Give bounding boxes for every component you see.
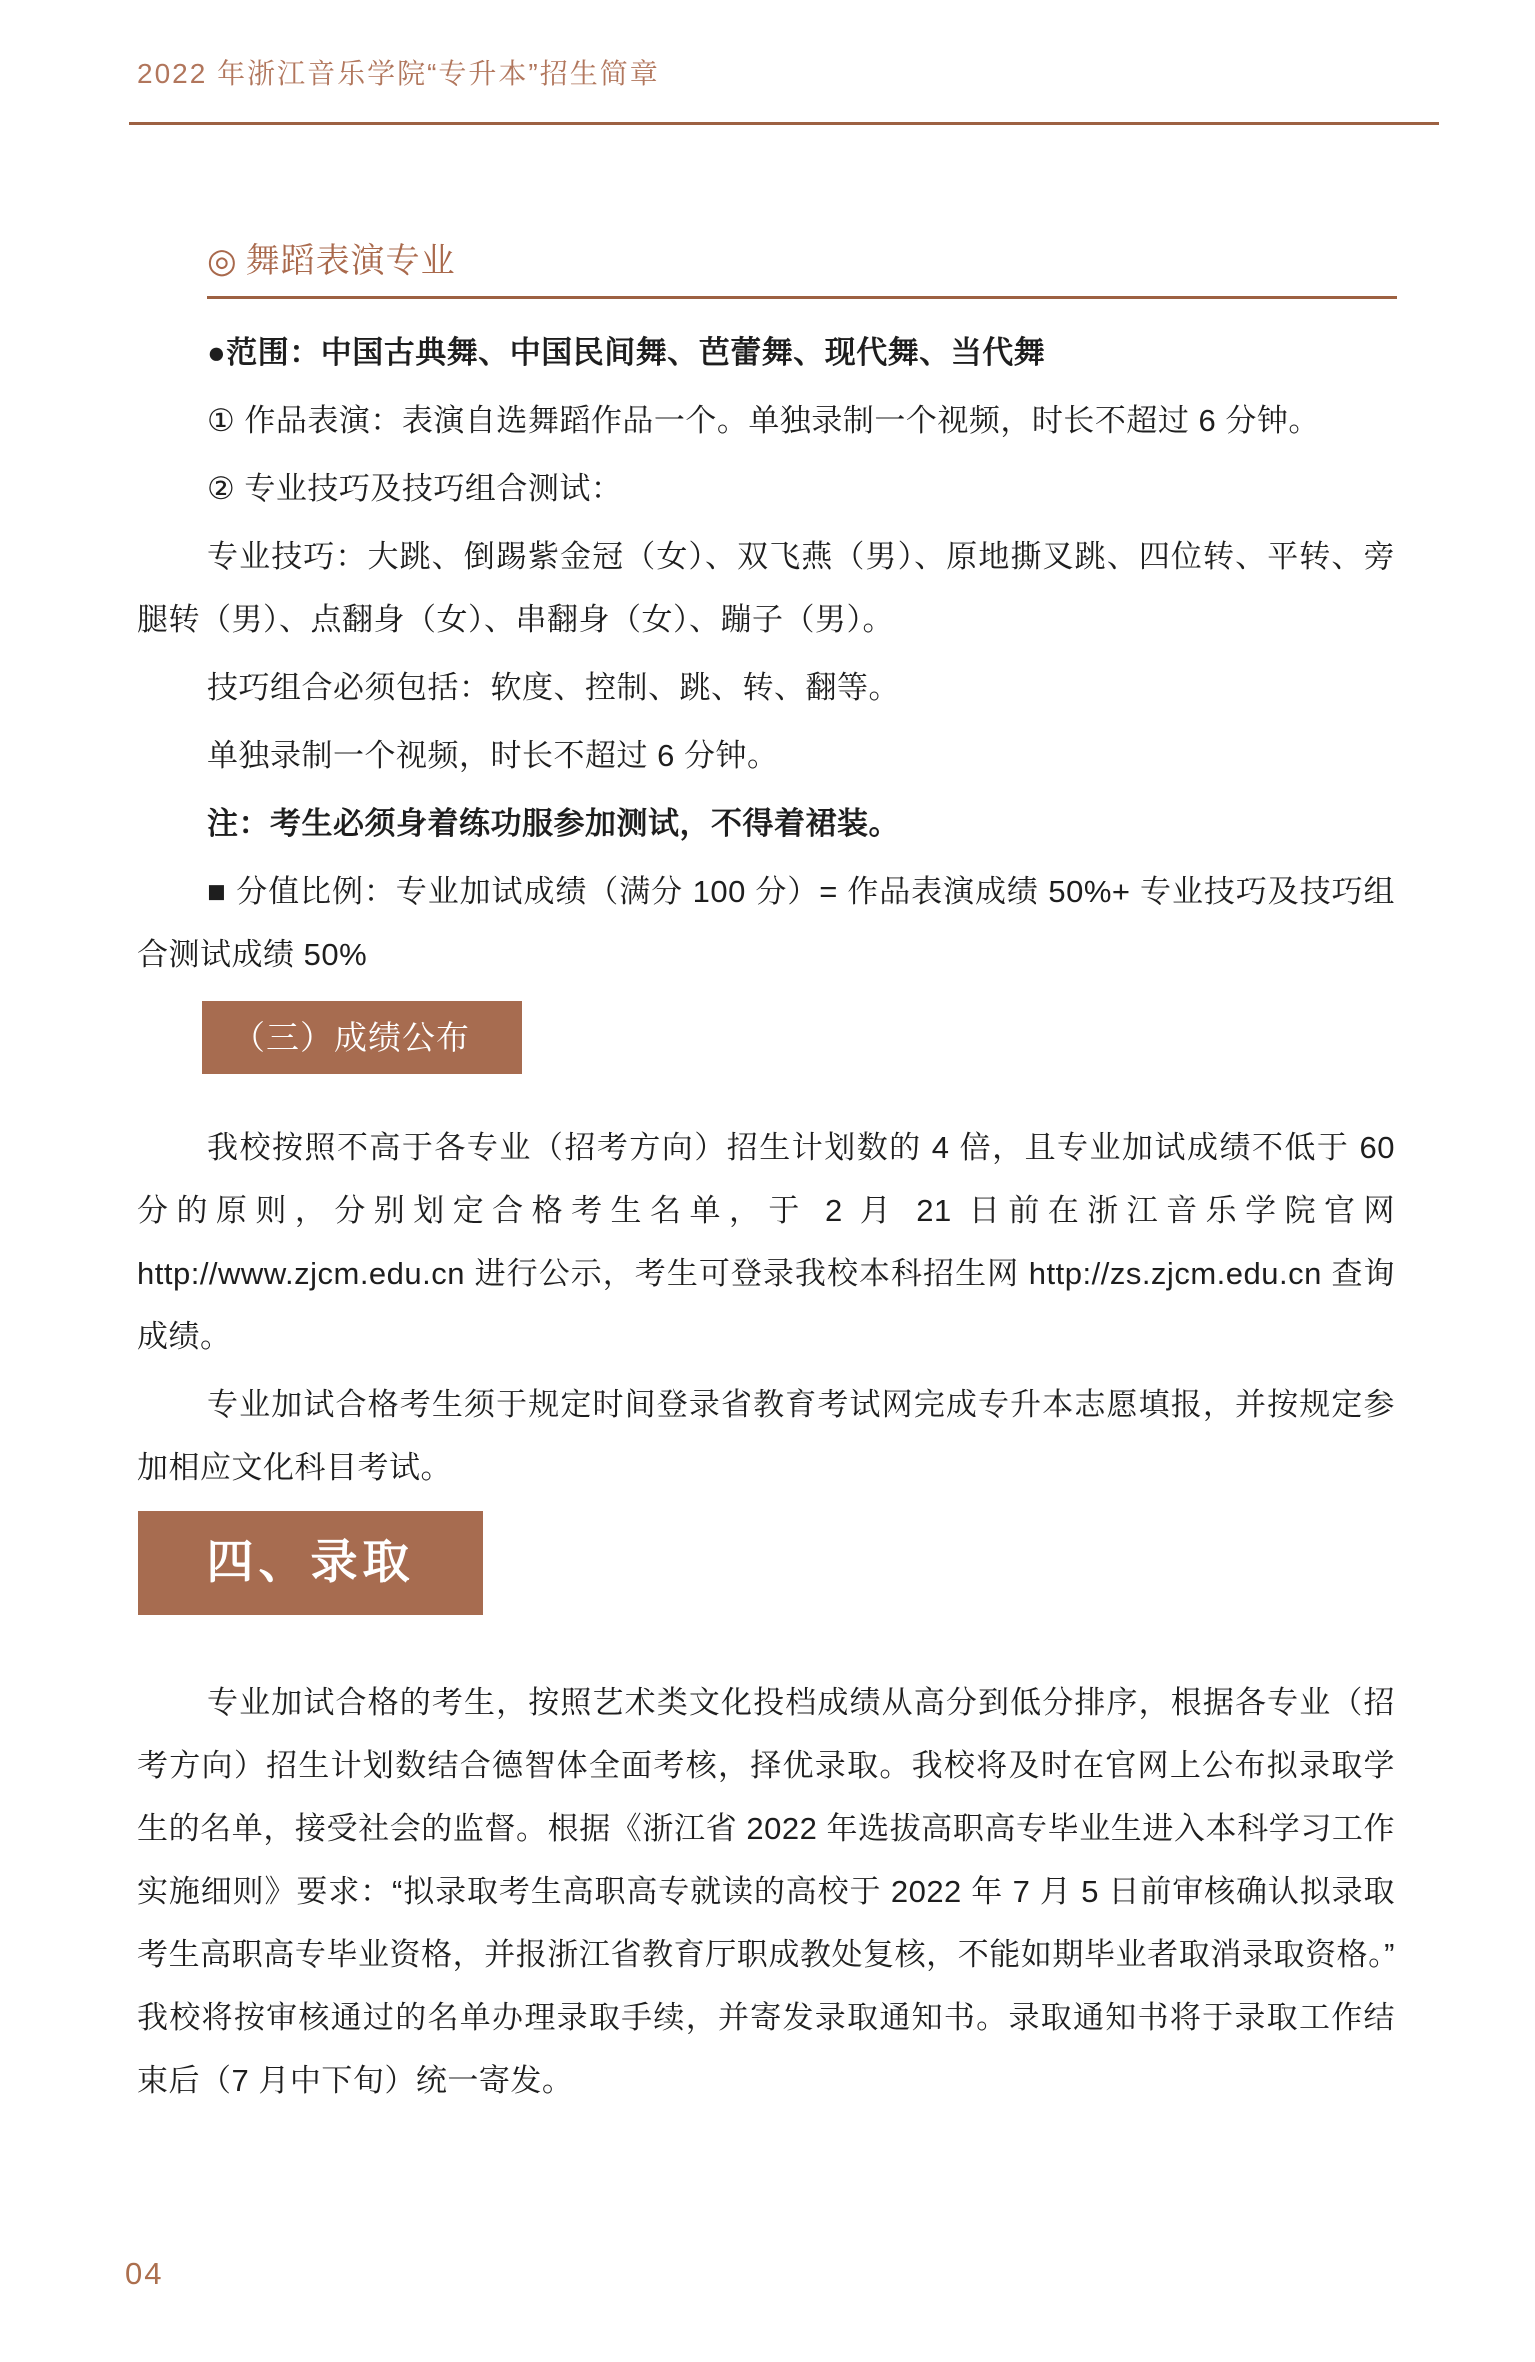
- page-header: 2022 年浙江音乐学院“专升本”招生简章: [137, 52, 1535, 125]
- score-ratio-text: 分值比例：专业加试成绩（满分 100 分）= 作品表演成绩 50%+ 专业技巧及…: [137, 874, 1395, 972]
- paragraph-volunteer-filing: 专业加试合格考生须于规定时间登录省教育考试网完成专升本志愿填报，并按规定参加相应…: [137, 1373, 1395, 1499]
- paragraph-admission-policy: 专业加试合格的考生，按照艺术类文化投档成绩从高分到低分排序，根据各专业（招考方向…: [137, 1671, 1395, 2112]
- paragraph-combo-requirements: 技巧组合必须包括：软度、控制、跳、转、翻等。: [137, 656, 1395, 719]
- main-content: ◎舞蹈表演专业 ●范围：中国古典舞、中国民间舞、芭蕾舞、现代舞、当代舞 ① 作品…: [137, 233, 1395, 2112]
- document-page: 2022 年浙江音乐学院“专升本”招生简章 ◎舞蹈表演专业 ●范围：中国古典舞、…: [0, 0, 1535, 2362]
- paragraph-score-ratio: ■ 分值比例：专业加试成绩（满分 100 分）= 作品表演成绩 50%+ 专业技…: [137, 860, 1395, 986]
- page-number: 04: [125, 2256, 163, 2292]
- double-circle-bullet-icon: ◎: [207, 242, 238, 280]
- header-rule: [129, 122, 1439, 125]
- filled-circle-bullet-icon: ●: [207, 335, 226, 370]
- results-section-heading: （三）成绩公布: [202, 1001, 522, 1074]
- dance-major-heading-label: 舞蹈表演专业: [246, 242, 456, 280]
- dance-major-heading: ◎舞蹈表演专业: [207, 233, 1397, 299]
- paragraph-dress-note: 注：考生必须身着练功服参加测试，不得着裙装。: [137, 792, 1395, 855]
- filled-square-bullet-icon: ■: [207, 874, 227, 909]
- scope-line: ●范围：中国古典舞、中国民间舞、芭蕾舞、现代舞、当代舞: [137, 321, 1395, 384]
- paragraph-performance: ① 作品表演：表演自选舞蹈作品一个。单独录制一个视频，时长不超过 6 分钟。: [137, 389, 1395, 452]
- admission-section-heading: 四、录取: [138, 1511, 483, 1615]
- paragraph-skills: 专业技巧：大跳、倒踢紫金冠（女）、双飞燕（男）、原地撕叉跳、四位转、平转、旁腿转…: [137, 525, 1395, 651]
- scope-text: 范围：中国古典舞、中国民间舞、芭蕾舞、现代舞、当代舞: [226, 335, 1045, 370]
- document-title: 2022 年浙江音乐学院“专升本”招生简章: [137, 52, 1535, 92]
- paragraph-skill-test: ② 专业技巧及技巧组合测试：: [137, 457, 1395, 520]
- paragraph-video-length: 单独录制一个视频，时长不超过 6 分钟。: [137, 724, 1395, 787]
- paragraph-results-publication: 我校按照不高于各专业（招考方向）招生计划数的 4 倍，且专业加试成绩不低于 60…: [137, 1116, 1395, 1368]
